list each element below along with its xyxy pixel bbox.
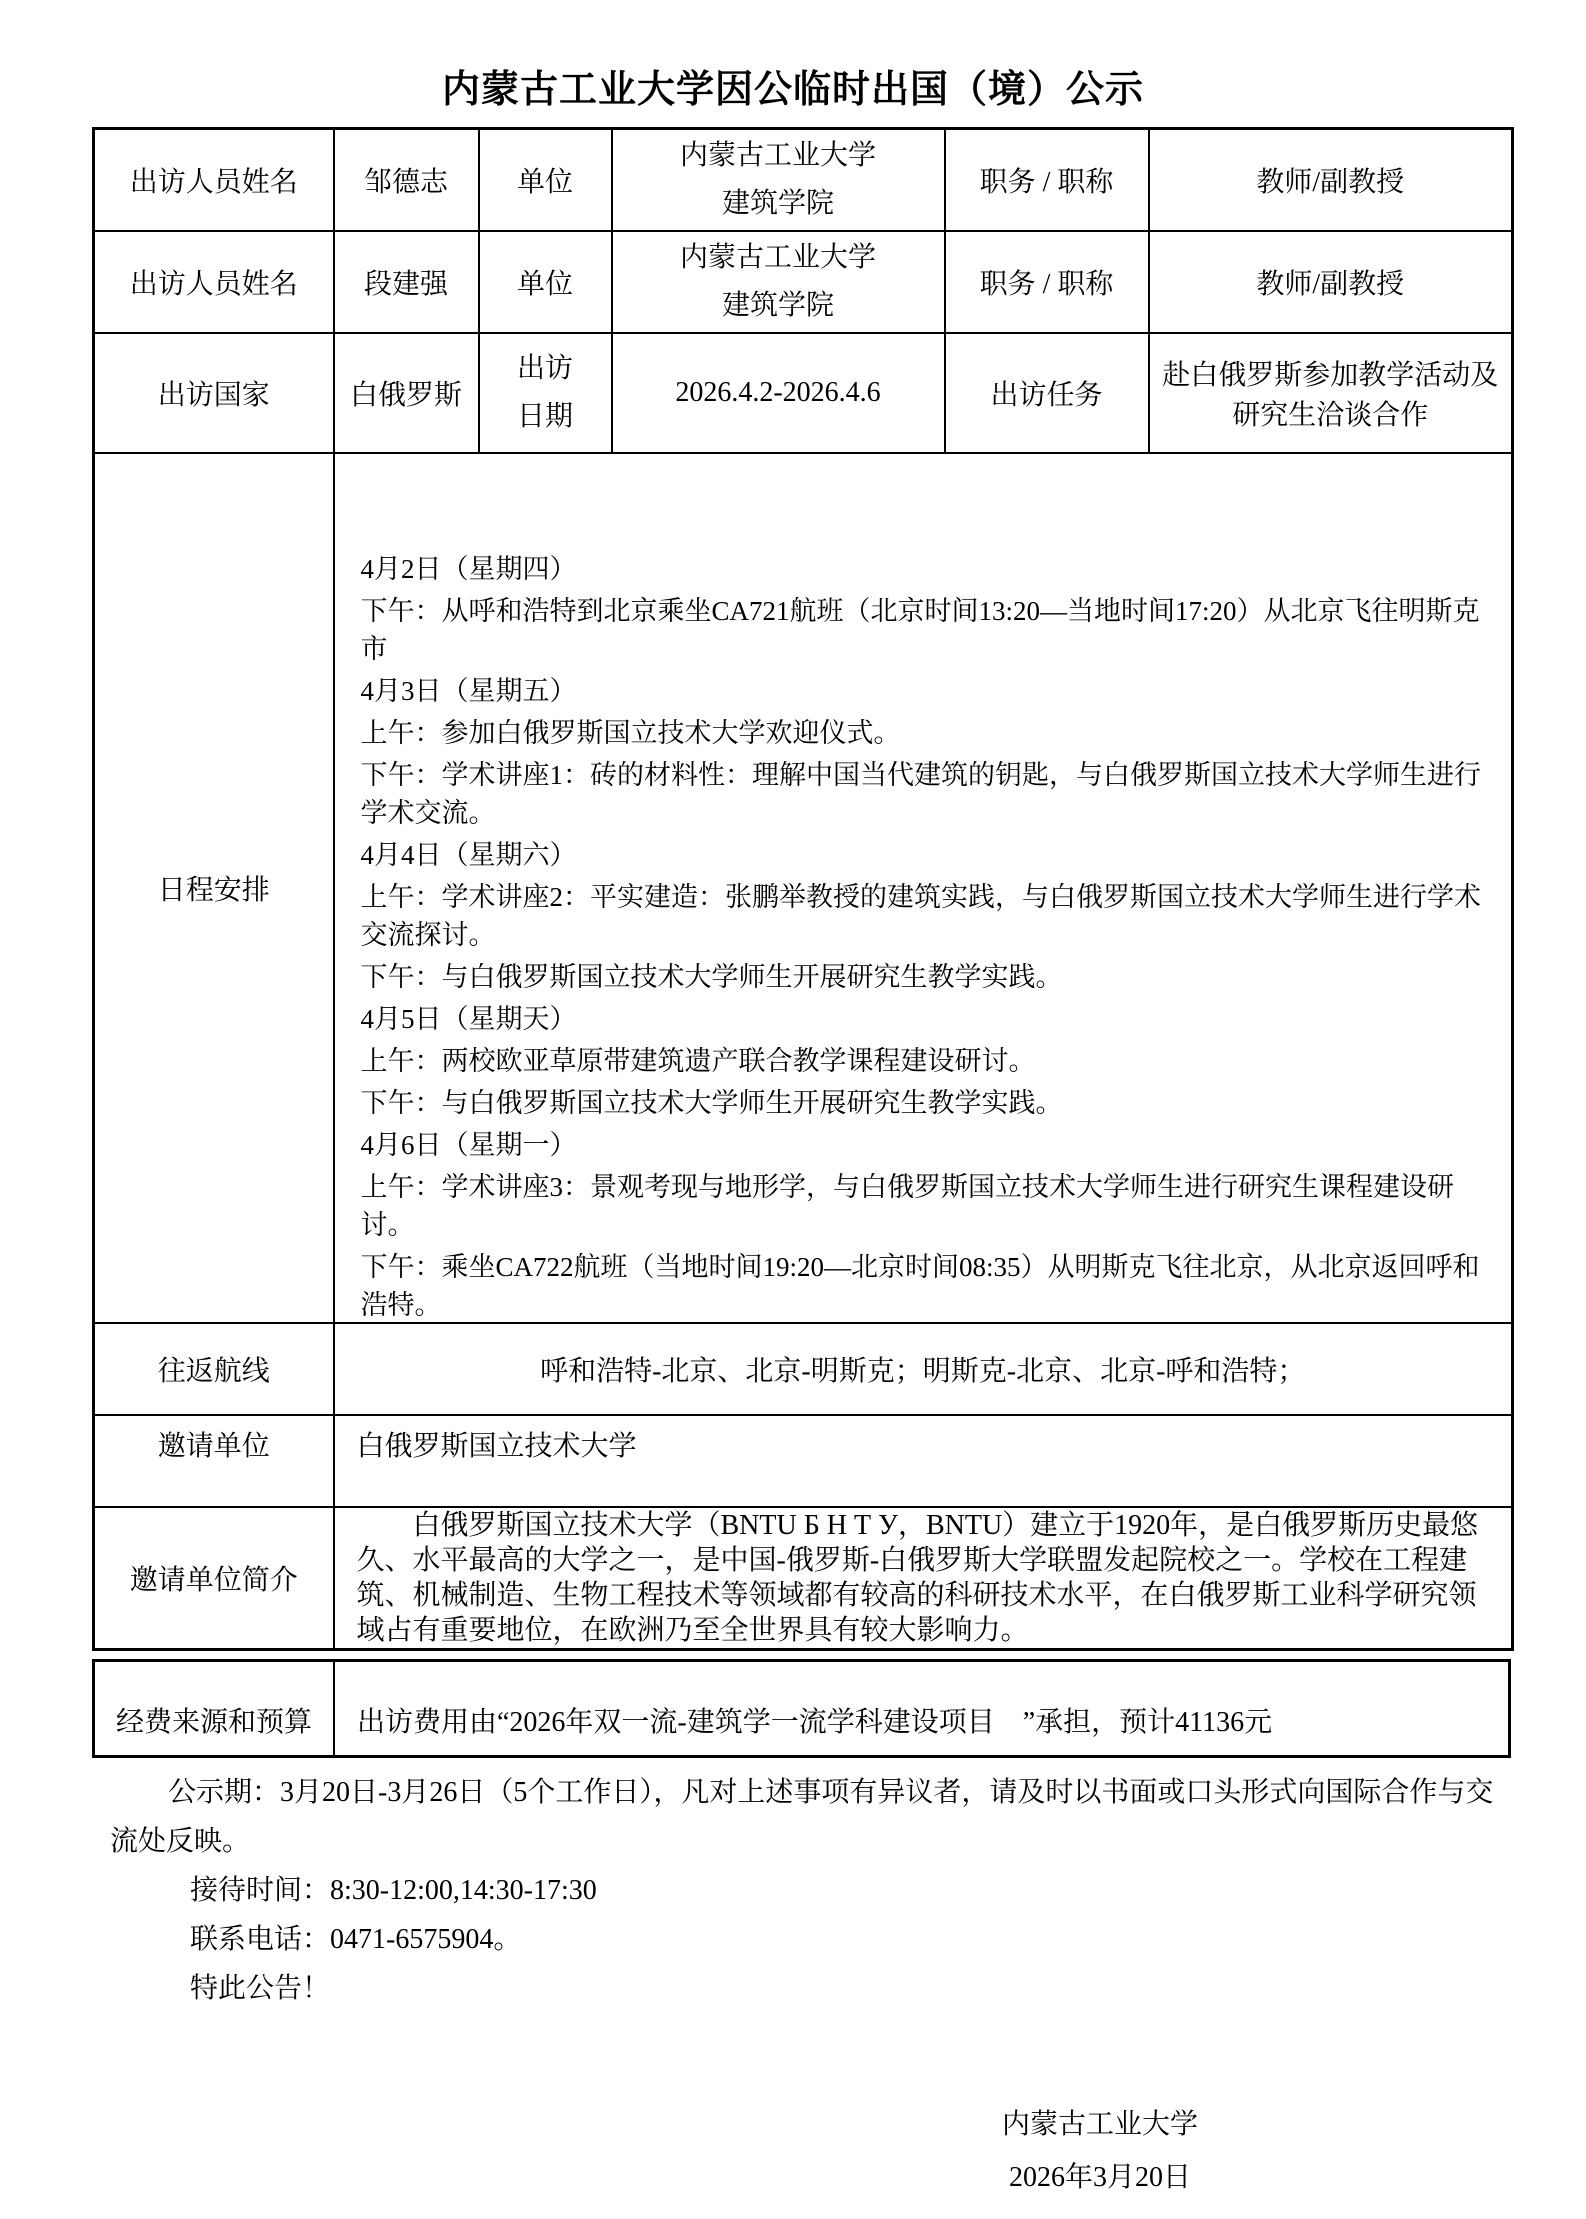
contact-phone-text: 联系电话：0471-6575904。 bbox=[190, 1915, 1496, 1964]
schedule-line: 下午：学术讲座1：砖的材料性：理解中国当代建筑的钥匙，与白俄罗斯国立技术大学师生… bbox=[361, 756, 1490, 832]
date-label-line2: 日期 bbox=[486, 393, 605, 441]
schedule-line: 上午：参加白俄罗斯国立技术大学欢迎仪式。 bbox=[361, 714, 1490, 752]
footer-block: 公示期：3月20日-3月26日（5个工作日），凡对上述事项有异议者，请及时以书面… bbox=[92, 1768, 1496, 2013]
table-row-schedule: 日程安排 4月2日（星期四） 下午：从呼和浩特到北京乘坐CA721航班（北京时间… bbox=[94, 453, 1513, 1323]
schedule-line: 下午：乘坐CA722航班（当地时间19:20—北京时间08:35）从明斯克飞往北… bbox=[361, 1248, 1490, 1322]
person-name-value: 邹德志 bbox=[334, 129, 479, 232]
table-row-inviter-intro: 邀请单位简介 白俄罗斯国立技术大学（BNTU Б Н Т У，BNTU）建立于1… bbox=[94, 1507, 1513, 1650]
task-label: 出访任务 bbox=[945, 333, 1149, 453]
budget-value: 出访费用由“2026年双一流-建筑学一流学科建设项目 ”承担，预计41136元 bbox=[335, 1662, 1508, 1755]
signature-date: 2026年3月20日 bbox=[960, 2151, 1240, 2204]
person-name-label: 出访人员姓名 bbox=[94, 231, 334, 333]
announcement-text: 特此公告！ bbox=[190, 1964, 1496, 2013]
schedule-line: 下午：与白俄罗斯国立技术大学师生开展研究生教学实践。 bbox=[361, 1084, 1490, 1122]
schedule-line: 下午：与白俄罗斯国立技术大学师生开展研究生教学实践。 bbox=[361, 958, 1490, 996]
inviter-label: 邀请单位 bbox=[94, 1415, 334, 1507]
unit-value-line2: 建筑学院 bbox=[619, 180, 938, 228]
country-value: 白俄罗斯 bbox=[334, 333, 479, 453]
schedule-line: 下午：从呼和浩特到北京乘坐CA721航班（北京时间13:20—当地时间17:20… bbox=[361, 592, 1490, 668]
unit-value: 内蒙古工业大学 建筑学院 bbox=[612, 129, 945, 232]
route-label: 往返航线 bbox=[94, 1323, 334, 1415]
notice-table: 出访人员姓名 邹德志 单位 内蒙古工业大学 建筑学院 职务 / 职称 教师/副教… bbox=[92, 127, 1514, 1651]
schedule-line: 4月4日（星期六） bbox=[361, 836, 1490, 874]
inviter-intro-text: 白俄罗斯国立技术大学（BNTU Б Н Т У，BNTU）建立于1920年，是白… bbox=[335, 1508, 1512, 1648]
person-name-value: 段建强 bbox=[334, 231, 479, 333]
person-name-label: 出访人员姓名 bbox=[94, 129, 334, 232]
position-label: 职务 / 职称 bbox=[945, 129, 1149, 232]
table-row-trip: 出访国家 白俄罗斯 出访 日期 2026.4.2-2026.4.6 出访任务 赴… bbox=[94, 333, 1513, 453]
notice-period-text: 公示期：3月20日-3月26日（5个工作日），凡对上述事项有异议者，请及时以书面… bbox=[110, 1768, 1496, 1866]
country-label: 出访国家 bbox=[94, 333, 334, 453]
table-row-person-2: 出访人员姓名 段建强 单位 内蒙古工业大学 建筑学院 职务 / 职称 教师/副教… bbox=[94, 231, 1513, 333]
schedule-line: 4月3日（星期五） bbox=[361, 672, 1490, 710]
unit-label: 单位 bbox=[479, 231, 612, 333]
position-value: 教师/副教授 bbox=[1149, 231, 1513, 333]
schedule-line: 4月5日（星期天） bbox=[361, 1000, 1490, 1038]
inviter-intro-cell: 白俄罗斯国立技术大学（BNTU Б Н Т У，BNTU）建立于1920年，是白… bbox=[334, 1507, 1513, 1650]
position-label: 职务 / 职称 bbox=[945, 231, 1149, 333]
unit-value-line1: 内蒙古工业大学 bbox=[619, 234, 938, 282]
schedule-line: 4月2日（星期四） bbox=[361, 550, 1490, 588]
position-value: 教师/副教授 bbox=[1149, 129, 1513, 232]
date-label-line1: 出访 bbox=[486, 345, 605, 393]
schedule-cell: 4月2日（星期四） 下午：从呼和浩特到北京乘坐CA721航班（北京时间13:20… bbox=[334, 453, 1513, 1323]
budget-box: 经费来源和预算 出访费用由“2026年双一流-建筑学一流学科建设项目 ”承担，预… bbox=[92, 1659, 1511, 1758]
task-value: 赴白俄罗斯参加教学活动及研究生洽谈合作 bbox=[1149, 333, 1513, 453]
date-value: 2026.4.2-2026.4.6 bbox=[612, 333, 945, 453]
date-label: 出访 日期 bbox=[479, 333, 612, 453]
signature-block: 内蒙古工业大学 2026年3月20日 bbox=[960, 2098, 1240, 2204]
unit-value: 内蒙古工业大学 建筑学院 bbox=[612, 231, 945, 333]
table-row-route: 往返航线 呼和浩特-北京、北京-明斯克；明斯克-北京、北京-呼和浩特； bbox=[94, 1323, 1513, 1415]
schedule-line: 上午：两校欧亚草原带建筑遗产联合教学课程建设研讨。 bbox=[361, 1042, 1490, 1080]
table-row-person-1: 出访人员姓名 邹德志 单位 内蒙古工业大学 建筑学院 职务 / 职称 教师/副教… bbox=[94, 129, 1513, 232]
page-title: 内蒙古工业大学因公临时出国（境）公示 bbox=[0, 58, 1586, 113]
schedule-line: 上午：学术讲座2：平实建造：张鹏举教授的建筑实践，与白俄罗斯国立技术大学师生进行… bbox=[361, 878, 1490, 954]
signature-organization: 内蒙古工业大学 bbox=[960, 2098, 1240, 2151]
inviter-value: 白俄罗斯国立技术大学 bbox=[334, 1415, 1513, 1507]
reception-hours-text: 接待时间：8:30-12:00,14:30-17:30 bbox=[190, 1866, 1496, 1915]
route-value: 呼和浩特-北京、北京-明斯克；明斯克-北京、北京-呼和浩特； bbox=[334, 1323, 1513, 1415]
table-row-inviter: 邀请单位 白俄罗斯国立技术大学 bbox=[94, 1415, 1513, 1507]
unit-value-line2: 建筑学院 bbox=[619, 282, 938, 330]
schedule-content: 4月2日（星期四） 下午：从呼和浩特到北京乘坐CA721航班（北京时间13:20… bbox=[335, 454, 1512, 1322]
unit-value-line1: 内蒙古工业大学 bbox=[619, 132, 938, 180]
unit-label: 单位 bbox=[479, 129, 612, 232]
schedule-line: 上午：学术讲座3：景观考现与地形学，与白俄罗斯国立技术大学师生进行研究生课程建设… bbox=[361, 1168, 1490, 1244]
inviter-intro-label: 邀请单位简介 bbox=[94, 1507, 334, 1650]
budget-label: 经费来源和预算 bbox=[95, 1662, 335, 1755]
schedule-line: 4月6日（星期一） bbox=[361, 1126, 1490, 1164]
document-page: 内蒙古工业大学因公临时出国（境）公示 出访人员姓名 邹德志 单位 内蒙古工业大学… bbox=[0, 0, 1586, 2219]
schedule-label: 日程安排 bbox=[94, 453, 334, 1323]
